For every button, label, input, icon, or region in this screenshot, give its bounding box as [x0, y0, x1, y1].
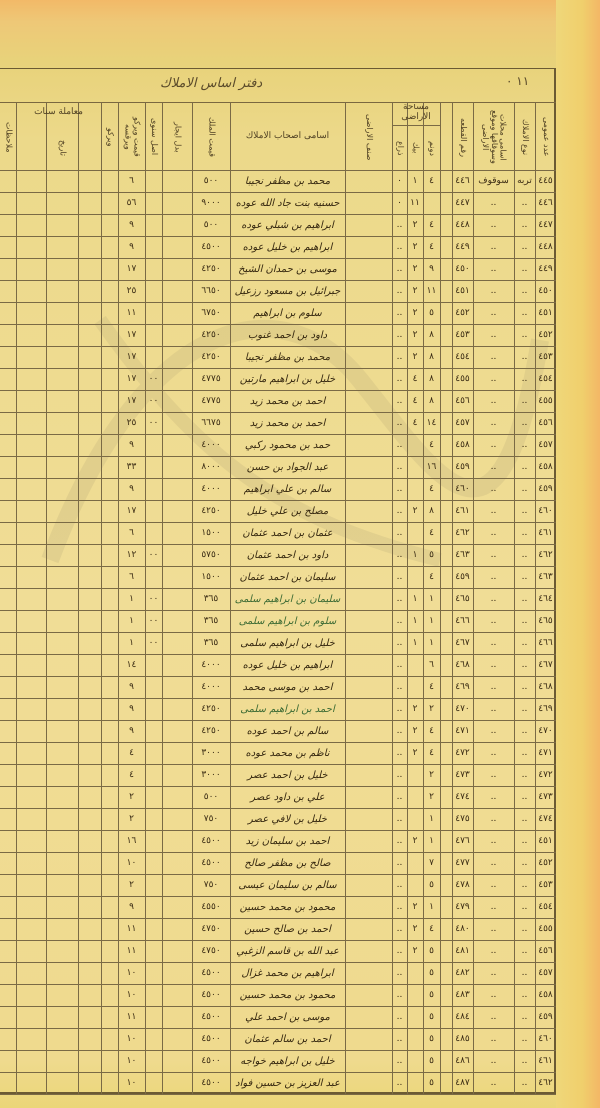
cell-value: ٥٧٥٠: [192, 545, 230, 565]
cell-parcel: ٤٥٨: [452, 435, 473, 455]
cell-extra: [145, 831, 162, 851]
cell-b: ٢: [407, 281, 423, 301]
cell-d: ٥: [423, 1029, 440, 1049]
cell-value: ٤٢٥٠: [192, 501, 230, 521]
cell-type: ..: [514, 193, 535, 213]
cell-z: ..: [392, 523, 407, 543]
cell-name: عثمان بن احمد عثمان: [230, 523, 345, 543]
cell-tax: ٩: [118, 215, 145, 235]
cell-tax: ٦: [118, 567, 145, 587]
cell-parcel: ٤٨٤: [452, 1007, 473, 1027]
cell-no: ٤٦٧: [535, 655, 556, 675]
cell-loc: ..: [473, 633, 514, 653]
column-header: بيك: [407, 128, 423, 168]
cell-value: ٤٥٠٠: [192, 1051, 230, 1071]
cell-extra: [145, 259, 162, 279]
cell-b: [407, 1007, 423, 1027]
cell-b: [407, 457, 423, 477]
cell-z: ..: [392, 941, 407, 961]
cell-parcel: ٤٧٣: [452, 765, 473, 785]
cell-no: ٤٥٣: [535, 875, 556, 895]
cell-tax: ٩: [118, 897, 145, 917]
cell-loc: ..: [473, 1029, 514, 1049]
cell-type: ..: [514, 897, 535, 917]
cell-type: ..: [514, 941, 535, 961]
cell-type: ..: [514, 963, 535, 983]
cell-type: ..: [514, 589, 535, 609]
cell-name: سليمان بن احمد عثمان: [230, 567, 345, 587]
cell-extra: [145, 457, 162, 477]
cell-name: مصلح بن علي خليل: [230, 501, 345, 521]
cell-extra: [145, 919, 162, 939]
cell-value: ٤٧٧٥: [192, 369, 230, 389]
cell-type: ..: [514, 1029, 535, 1049]
cell-extra: [145, 765, 162, 785]
cell-parcel: ٤٨١: [452, 941, 473, 961]
cell-z: ٠: [392, 193, 407, 213]
cell-type: ..: [514, 831, 535, 851]
cell-type: ..: [514, 567, 535, 587]
column-header: بدل ايجار: [162, 106, 192, 168]
cell-z: ..: [392, 1051, 407, 1071]
cell-loc: ..: [473, 985, 514, 1005]
cell-tax: ٤: [118, 765, 145, 785]
cell-z: ..: [392, 633, 407, 653]
cell-type: ..: [514, 479, 535, 499]
cell-extra: [145, 985, 162, 1005]
cell-name: احمد بن سليمان زيد: [230, 831, 345, 851]
cell-loc: ..: [473, 831, 514, 851]
cell-b: [407, 1073, 423, 1093]
cell-tax: ١٧: [118, 391, 145, 411]
cell-loc: ..: [473, 435, 514, 455]
column-header: دونم: [423, 128, 440, 168]
cell-d: ٥: [423, 1051, 440, 1071]
cell-tax: ١٠: [118, 985, 145, 1005]
cell-value: ٤٢٥٠: [192, 721, 230, 741]
cell-name: محمد بن مظفر نجيبا: [230, 171, 345, 191]
cell-d: ٤: [423, 677, 440, 697]
cell-loc: ..: [473, 457, 514, 477]
cell-no: ٤٥٠: [535, 281, 556, 301]
cell-value: ٦٧٥٠: [192, 303, 230, 323]
cell-value: ٤٥٠٠: [192, 1007, 230, 1027]
cell-tax: ٣٣: [118, 457, 145, 477]
cell-extra: [145, 215, 162, 235]
cell-loc: ..: [473, 743, 514, 763]
cell-extra: ٠٠: [145, 413, 162, 433]
cell-b: ٢: [407, 303, 423, 323]
cell-name: ابراهيم بن خليل عوده: [230, 655, 345, 675]
cell-tax: ١١: [118, 941, 145, 961]
cell-type: ..: [514, 721, 535, 741]
cell-no: ٤٧٣: [535, 787, 556, 807]
cell-loc: ..: [473, 875, 514, 895]
cell-parcel: ٤٨٦: [452, 1051, 473, 1071]
cell-d: ٢: [423, 765, 440, 785]
cell-b: ٢: [407, 919, 423, 939]
cell-value: ٣٠٠٠: [192, 743, 230, 763]
cell-b: ٤: [407, 413, 423, 433]
cell-no: ٤٧١: [535, 743, 556, 763]
cell-tax: ١٠: [118, 853, 145, 873]
cell-z: ..: [392, 567, 407, 587]
cell-no: ٤٥١: [535, 303, 556, 323]
cell-extra: [145, 193, 162, 213]
cell-extra: [145, 897, 162, 917]
cell-parcel: ٤٥٣: [452, 325, 473, 345]
column-header: معاملة سنات: [16, 104, 101, 122]
cell-type: تربه: [514, 171, 535, 191]
cell-loc: ..: [473, 655, 514, 675]
cell-type: ..: [514, 281, 535, 301]
cell-loc: ..: [473, 413, 514, 433]
cell-z: ..: [392, 435, 407, 455]
cell-type: ..: [514, 919, 535, 939]
cell-no: ٤٦٣: [535, 567, 556, 587]
cell-no: ٤٥١: [535, 831, 556, 851]
cell-extra: [145, 677, 162, 697]
cell-value: ٤٥٠٠: [192, 237, 230, 257]
cell-z: ..: [392, 237, 407, 257]
cell-value: ٤٥٠٠: [192, 985, 230, 1005]
cell-d: ٨: [423, 369, 440, 389]
cell-loc: ..: [473, 215, 514, 235]
cell-z: ..: [392, 787, 407, 807]
cell-tax: ٩: [118, 699, 145, 719]
cell-no: ٤٦٨: [535, 677, 556, 697]
cell-d: ٥: [423, 941, 440, 961]
cell-no: ٤٥٥: [535, 391, 556, 411]
cell-extra: [145, 479, 162, 499]
cell-z: ..: [392, 215, 407, 235]
cell-extra: [145, 1029, 162, 1049]
cell-no: ٤٦٩: [535, 699, 556, 719]
cell-d: [423, 193, 440, 213]
cell-name: احمد بن محمد زيد: [230, 391, 345, 411]
cell-parcel: ٤٤٦: [452, 171, 473, 191]
cell-name: حمد بن محمود ركبي: [230, 435, 345, 455]
cell-name: محمود بن محمد حسين: [230, 985, 345, 1005]
cell-parcel: ٤٦٠: [452, 479, 473, 499]
cell-z: ..: [392, 1007, 407, 1027]
cell-parcel: ٤٥١: [452, 281, 473, 301]
cell-loc: ..: [473, 303, 514, 323]
cell-no: ٤٦٤: [535, 589, 556, 609]
cell-name: احمد بن ابراهيم سلمى: [230, 699, 345, 719]
column-rule: [162, 102, 163, 1094]
cell-type: ..: [514, 347, 535, 367]
cell-no: ٤٦١: [535, 1051, 556, 1071]
cell-name: صالح بن مظفر صالح: [230, 853, 345, 873]
cell-no: ٤٥٨: [535, 457, 556, 477]
cell-loc: ..: [473, 325, 514, 345]
cell-extra: [145, 567, 162, 587]
cell-value: ٨٠٠٠: [192, 457, 230, 477]
cell-z: ..: [392, 765, 407, 785]
cell-extra: [145, 1073, 162, 1093]
cell-no: ٤٥٦: [535, 413, 556, 433]
cell-type: ..: [514, 501, 535, 521]
cell-extra: [145, 963, 162, 983]
cell-tax: ١٠: [118, 1029, 145, 1049]
column-header: مساحة الاراضى: [392, 104, 440, 122]
cell-d: ٨: [423, 325, 440, 345]
cell-no: ٤٦٦: [535, 633, 556, 653]
cell-tax: ١١: [118, 1007, 145, 1027]
cell-value: ٣٦٥: [192, 611, 230, 631]
cell-z: ..: [392, 501, 407, 521]
cell-d: ٥: [423, 985, 440, 1005]
cell-d: ٤: [423, 479, 440, 499]
cell-extra: [145, 325, 162, 345]
cell-name: سالم بن احمد عوده: [230, 721, 345, 741]
cell-b: ٢: [407, 215, 423, 235]
cell-tax: ١٧: [118, 259, 145, 279]
cell-extra: ٠٠: [145, 611, 162, 631]
cell-no: ٤٥٢: [535, 853, 556, 873]
cell-z: ..: [392, 259, 407, 279]
cell-loc: ..: [473, 1007, 514, 1027]
column-rule: [101, 102, 102, 1094]
cell-d: ٥: [423, 303, 440, 323]
cell-parcel: ٤٦١: [452, 501, 473, 521]
cell-loc: ..: [473, 897, 514, 917]
column-header: رقم القطعه: [452, 106, 473, 168]
row-rule: [0, 1094, 556, 1095]
cell-value: ٣٦٥: [192, 633, 230, 653]
cell-name: خليل بن احمد عصر: [230, 765, 345, 785]
cell-b: ٢: [407, 831, 423, 851]
cell-no: ٤٥٨: [535, 985, 556, 1005]
cell-extra: [145, 809, 162, 829]
cell-name: سلوم بن ابراهيم سلمى: [230, 611, 345, 631]
cell-no: ٤٧٠: [535, 721, 556, 741]
cell-name: عبد العزيز بن حسين فواد: [230, 1073, 345, 1093]
cell-no: ٤٥٧: [535, 435, 556, 455]
cell-no: ٤٦٥: [535, 611, 556, 631]
cell-tax: ٩: [118, 479, 145, 499]
cell-value: ٧٥٠: [192, 809, 230, 829]
cell-tax: ٢٥: [118, 281, 145, 301]
cell-tax: ٩: [118, 677, 145, 697]
cell-value: ٦٦٥٠: [192, 281, 230, 301]
cell-loc: ..: [473, 281, 514, 301]
cell-parcel: ٤٥٩: [452, 567, 473, 587]
cell-tax: ١٧: [118, 325, 145, 345]
cell-parcel: ٤٧٢: [452, 743, 473, 763]
column-header: قيمت الملك: [192, 106, 230, 168]
cell-loc: ..: [473, 809, 514, 829]
cell-no: ٤٦٠: [535, 1029, 556, 1049]
cell-tax: ١١: [118, 303, 145, 323]
cell-z: ..: [392, 479, 407, 499]
cell-parcel: ٤٥٩: [452, 457, 473, 477]
cell-b: [407, 875, 423, 895]
cell-loc: ..: [473, 721, 514, 741]
cell-name: سلوم بن ابراهيم: [230, 303, 345, 323]
cell-no: ٤٧٤: [535, 809, 556, 829]
cell-no: ٤٤٦: [535, 193, 556, 213]
cell-value: ٣٠٠٠: [192, 765, 230, 785]
cell-b: ١: [407, 589, 423, 609]
cell-loc: ..: [473, 589, 514, 609]
cell-value: ٧٥٠: [192, 875, 230, 895]
cell-name: سالم بن سليمان عيسى: [230, 875, 345, 895]
cell-no: ٤٥٤: [535, 897, 556, 917]
cell-loc: ..: [473, 765, 514, 785]
cell-tax: ١٠: [118, 1073, 145, 1093]
cell-loc: ..: [473, 677, 514, 697]
cell-b: [407, 985, 423, 1005]
cell-b: ١: [407, 611, 423, 631]
cell-no: ٤٥٩: [535, 479, 556, 499]
cell-loc: ..: [473, 941, 514, 961]
cell-d: ١: [423, 633, 440, 653]
cell-type: ..: [514, 545, 535, 565]
cell-type: ..: [514, 523, 535, 543]
ledger-title: دفتر اساس الاملاك: [160, 76, 262, 91]
cell-d: ١٦: [423, 457, 440, 477]
cell-tax: ١٠: [118, 1051, 145, 1071]
cell-name: ابراهيم بن شبلي عوده: [230, 215, 345, 235]
cell-z: ..: [392, 831, 407, 851]
cell-b: [407, 567, 423, 587]
cell-type: ..: [514, 985, 535, 1005]
cell-extra: ٠٠: [145, 545, 162, 565]
column-header: قيمت ويركو ويرقسه: [118, 106, 145, 168]
cell-type: ..: [514, 237, 535, 257]
cell-name: احمد بن موسى محمد: [230, 677, 345, 697]
cell-parcel: ٤٥٦: [452, 391, 473, 411]
column-rule: [440, 102, 441, 1094]
cell-z: ..: [392, 325, 407, 345]
cell-name: علي بن داود عصر: [230, 787, 345, 807]
cell-value: ٥٠٠: [192, 215, 230, 235]
cell-no: ٤٧٢: [535, 765, 556, 785]
cell-no: ٤٥٣: [535, 347, 556, 367]
cell-parcel: ٤٧٦: [452, 831, 473, 851]
cell-b: ٢: [407, 347, 423, 367]
cell-d: ٦: [423, 655, 440, 675]
cell-type: ..: [514, 611, 535, 631]
cell-extra: [145, 435, 162, 455]
cell-b: [407, 655, 423, 675]
cell-no: ٤٥٩: [535, 1007, 556, 1027]
cell-b: ٢: [407, 699, 423, 719]
column-rule: [46, 102, 47, 1094]
cell-z: ..: [392, 589, 407, 609]
cell-loc: ..: [473, 1073, 514, 1093]
cell-tax: ١٧: [118, 347, 145, 367]
cell-name: خليل بن ابراهيم خواجه: [230, 1051, 345, 1071]
cell-b: ٤: [407, 369, 423, 389]
cell-d: ٩: [423, 259, 440, 279]
cell-tax: ٩: [118, 237, 145, 257]
cell-z: ..: [392, 347, 407, 367]
cell-tax: ٢: [118, 809, 145, 829]
cell-extra: [145, 853, 162, 873]
column-header: صنف الاراضى: [345, 106, 392, 168]
cell-name: جبرائيل بن مسعود رزعيل: [230, 281, 345, 301]
cell-b: [407, 809, 423, 829]
cell-z: ..: [392, 743, 407, 763]
cell-value: ٤٥٥٠: [192, 897, 230, 917]
cell-loc: ..: [473, 369, 514, 389]
cell-loc: ..: [473, 919, 514, 939]
cell-tax: ٥٦: [118, 193, 145, 213]
cell-name: احمد بن محمد زيد: [230, 413, 345, 433]
cell-name: محمد بن مظفر نجيبا: [230, 347, 345, 367]
column-header: اسامى محلات وسوقاقها وموقع الاراضى: [473, 106, 514, 168]
cell-name: خليل بن ابراهيم سلمى: [230, 633, 345, 653]
cell-parcel: ٤٧٧: [452, 853, 473, 873]
cell-type: ..: [514, 457, 535, 477]
cell-type: ..: [514, 215, 535, 235]
cell-tax: ٩: [118, 721, 145, 741]
cell-extra: [145, 787, 162, 807]
cell-tax: ١٧: [118, 501, 145, 521]
cell-tax: ١١: [118, 919, 145, 939]
cell-tax: ١٠: [118, 963, 145, 983]
cell-no: ٤٤٩: [535, 259, 556, 279]
cell-loc: ..: [473, 699, 514, 719]
cell-d: ٢: [423, 699, 440, 719]
cell-parcel: ٤٦٦: [452, 611, 473, 631]
cell-d: ٥: [423, 545, 440, 565]
cell-d: ٤: [423, 523, 440, 543]
cell-d: ٤: [423, 237, 440, 257]
cell-tax: ١٦: [118, 831, 145, 851]
cell-b: [407, 963, 423, 983]
cell-z: ٠: [392, 171, 407, 191]
cell-parcel: ٤٥٧: [452, 413, 473, 433]
cell-tax: ١: [118, 611, 145, 631]
cell-b: ٢: [407, 259, 423, 279]
cell-parcel: ٤٤٨: [452, 215, 473, 235]
cell-z: ..: [392, 413, 407, 433]
cell-value: ٤٢٥٠: [192, 347, 230, 367]
cell-b: [407, 435, 423, 455]
cell-extra: [145, 237, 162, 257]
cell-z: ..: [392, 457, 407, 477]
cell-parcel: ٤٤٩: [452, 237, 473, 257]
cell-d: ٥: [423, 963, 440, 983]
cell-d: ٧: [423, 853, 440, 873]
cell-type: ..: [514, 413, 535, 433]
cell-parcel: ٤٥٤: [452, 347, 473, 367]
cell-z: ..: [392, 369, 407, 389]
cell-b: [407, 479, 423, 499]
cell-parcel: ٤٦٩: [452, 677, 473, 697]
cell-d: ٤: [423, 721, 440, 741]
cell-value: ٤٢٥٠: [192, 325, 230, 345]
cell-parcel: ٤٧١: [452, 721, 473, 741]
column-header: عدد عمومى: [535, 106, 556, 168]
cell-type: ..: [514, 633, 535, 653]
cell-z: ..: [392, 699, 407, 719]
cell-extra: [145, 171, 162, 191]
cell-no: ٤٥٥: [535, 919, 556, 939]
cell-parcel: ٤٨٢: [452, 963, 473, 983]
cell-parcel: ٤٥٥: [452, 369, 473, 389]
cell-no: ٤٦٠: [535, 501, 556, 521]
cell-loc: ..: [473, 611, 514, 631]
cell-d: ١: [423, 897, 440, 917]
cell-name: ابراهيم بن محمد غزال: [230, 963, 345, 983]
cell-parcel: ٤٨٧: [452, 1073, 473, 1093]
column-header: اصل سنوى: [145, 106, 162, 168]
